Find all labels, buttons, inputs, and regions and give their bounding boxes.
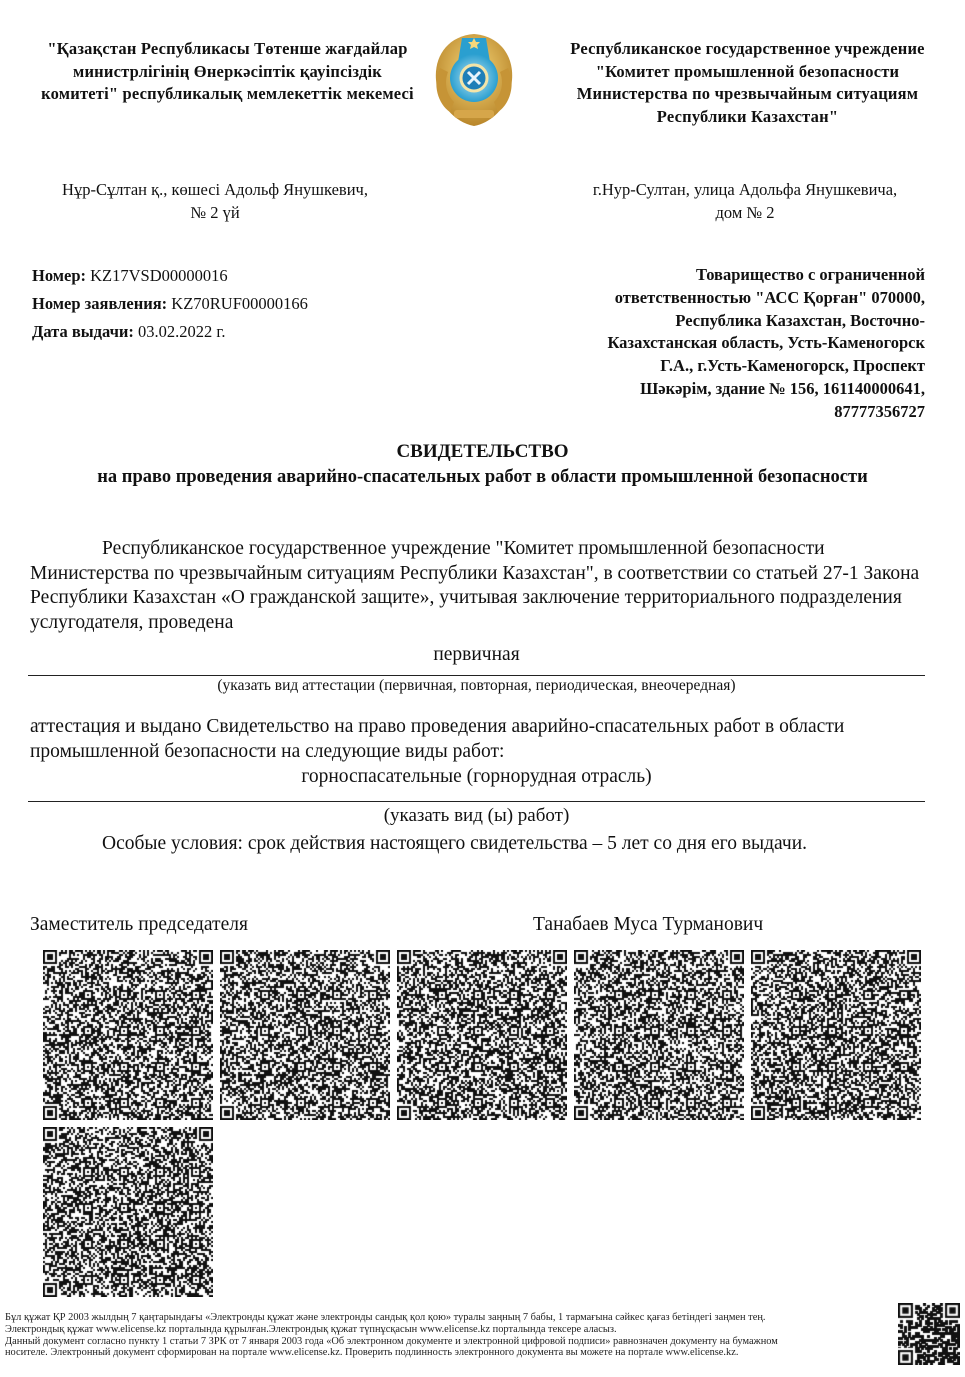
document-subtitle: на право проведения аварийно-спасательны… xyxy=(60,465,905,490)
footer-line: Данный документ согласно пункту 1 статьи… xyxy=(5,1336,890,1348)
document-title: СВИДЕТЕЛЬСТВО xyxy=(30,440,935,464)
verification-qr-code-icon xyxy=(898,1303,960,1365)
label: Номер заявления: xyxy=(32,294,167,313)
issue-date: Дата выдачи: 03.02.2022 г. xyxy=(32,318,308,346)
footer-line: Электрондық құжат www.elicense.kz портал… xyxy=(5,1324,890,1336)
recipient-line: ответственностью "АСС Қорған" 070000, xyxy=(525,287,925,310)
qr-code-icon xyxy=(397,950,567,1120)
address-line: г.Нур-Султан, улица Адольфа Янушкевича, xyxy=(555,178,935,201)
issuer-address-kazakh: Нұр-Сұлтан қ., көшесі Адольф Янушкевич, … xyxy=(30,178,400,224)
application-number: Номер заявления: KZ70RUF00000166 xyxy=(32,290,308,318)
footer-legal-notice: Бұл құжат ҚР 2003 жылдың 7 қаңтарындағы … xyxy=(5,1312,890,1359)
recipient-line: Казахстанская область, Усть-Каменогорск xyxy=(525,332,925,355)
divider xyxy=(28,675,925,676)
recipient-block: Товарищество с ограниченной ответственно… xyxy=(525,264,925,424)
recipient-line: Товарищество с ограниченной xyxy=(525,264,925,287)
state-emblem-icon xyxy=(428,28,520,130)
footer-line: Бұл құжат ҚР 2003 жылдың 7 қаңтарындағы … xyxy=(5,1312,890,1324)
issuer-name-russian: Республиканское государственное учрежден… xyxy=(565,38,930,128)
special-conditions: Особые условия: срок действия настоящего… xyxy=(30,832,910,857)
value: KZ70RUF00000166 xyxy=(171,294,308,313)
footer-line: носителе. Электронный документ сформиров… xyxy=(5,1347,890,1359)
document-number: Номер: KZ17VSD00000016 xyxy=(32,262,308,290)
issuer-address-russian: г.Нур-Султан, улица Адольфа Янушкевича, … xyxy=(555,178,935,224)
signatory-position: Заместитель председателя xyxy=(30,914,248,936)
recipient-line: Г.А., г.Усть-Каменогорск, Проспект xyxy=(525,355,925,378)
label: Номер: xyxy=(32,266,86,285)
qr-code-icon xyxy=(43,1127,213,1297)
qr-code-icon xyxy=(574,950,744,1120)
attestation-type: первичная xyxy=(28,643,925,668)
work-types: горноспасательные (горнорудная отрасль) xyxy=(28,765,925,790)
address-line: Нұр-Сұлтан қ., көшесі Адольф Янушкевич, xyxy=(30,178,400,201)
address-line: дом № 2 xyxy=(555,201,935,224)
issuer-name-kazakh: "Қазақстан Республикасы Төтенше жағдайла… xyxy=(40,38,415,106)
value: KZ17VSD00000016 xyxy=(90,266,228,285)
recipient-line: Республика Казахстан, Восточно- xyxy=(525,310,925,333)
signatory-name: Танабаев Муса Турманович xyxy=(533,914,763,936)
attestation-hint: (указать вид аттестации (первичная, повт… xyxy=(28,677,925,695)
body-paragraph-2: аттестация и выдано Свидетельство на пра… xyxy=(30,715,925,764)
qr-code-icon xyxy=(220,950,390,1120)
body-paragraph-1: Республиканское государственное учрежден… xyxy=(30,537,925,635)
recipient-line: 87777356727 xyxy=(525,401,925,424)
divider xyxy=(28,801,925,802)
document-meta: Номер: KZ17VSD00000016 Номер заявления: … xyxy=(32,262,308,346)
label: Дата выдачи: xyxy=(32,322,134,341)
recipient-line: Шәкәрім, здание № 156, 161140000641, xyxy=(525,378,925,401)
value: 03.02.2022 г. xyxy=(138,322,225,341)
qr-code-icon xyxy=(751,950,921,1120)
work-types-hint: (указать вид (ы) работ) xyxy=(28,804,925,829)
qr-code-icon xyxy=(43,950,213,1120)
address-line: № 2 үй xyxy=(30,201,400,224)
